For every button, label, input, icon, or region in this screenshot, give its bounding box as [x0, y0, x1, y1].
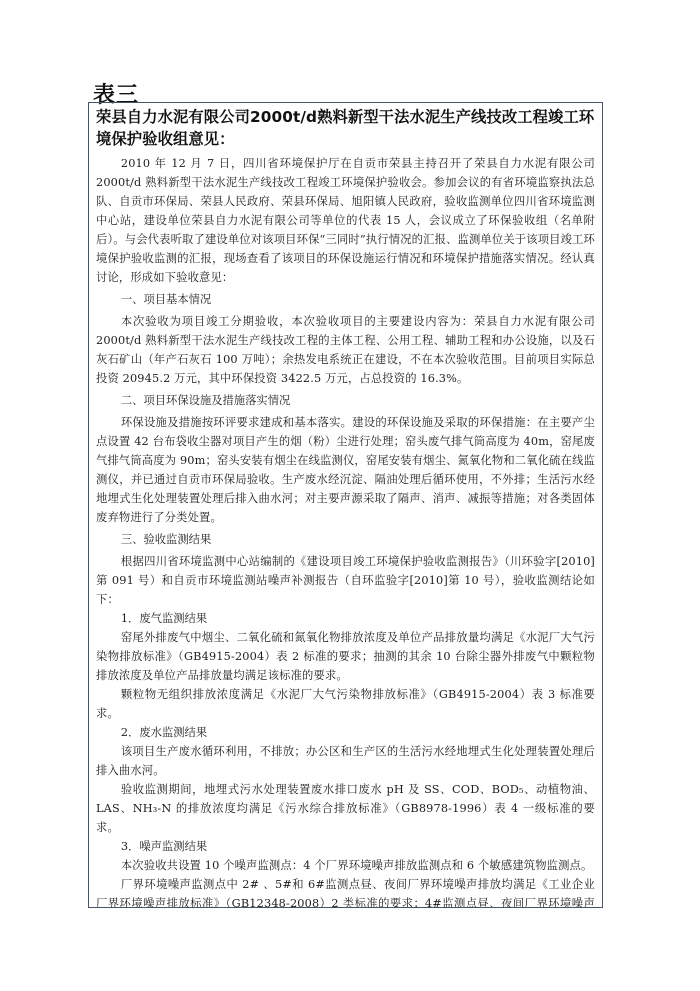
- document-title: 荣县自力水泥有限公司2000t/d熟料新型干法水泥生产线技改工程竣工环境保护验收…: [96, 106, 595, 150]
- exhaust-gas-paragraph-2: 颗粒物无组织排放浓度满足《水泥厂大气污染物排放标准》（GB4915-2004）表…: [96, 685, 595, 723]
- exhaust-gas-paragraph-1: 窑尾外排废气中烟尘、二氧化硫和氮氧化物排放浓度及单位产品排放量均满足《水泥厂大气…: [96, 628, 595, 685]
- subsection-heading-wastewater: 2．废水监测结果: [96, 723, 595, 742]
- section-heading-monitoring-results: 三、验收监测结果: [96, 530, 595, 549]
- subsection-heading-exhaust-gas: 1．废气监测结果: [96, 609, 595, 628]
- wastewater-paragraph-1: 该项目生产废水循环利用，不排放；办公区和生产区的生活污水经地埋式生化处理装置处理…: [96, 742, 595, 780]
- wastewater-paragraph-2: 验收监测期间，地埋式污水处理装置废水排口废水 pH 及 SS、COD、BOD₅、…: [96, 780, 595, 837]
- section-heading-env-facilities: 二、项目环保设施及措施落实情况: [96, 391, 595, 410]
- intro-paragraph: 2010 年 12 月 7 日，四川省环境保护厅在自贡市荣县主持召开了荣县自力水…: [96, 154, 595, 287]
- monitoring-results-paragraph: 根据四川省环境监测中心站编制的《建设项目竣工环境保护验收监测报告》（川环验字[2…: [96, 552, 595, 609]
- subsection-heading-noise: 3．噪声监测结果: [96, 837, 595, 856]
- document-frame: 荣县自力水泥有限公司2000t/d熟料新型干法水泥生产线技改工程竣工环境保护验收…: [88, 102, 603, 908]
- noise-paragraph-1: 本次验收共设置 10 个噪声监测点：4 个厂界环境噪声排放监测点和 6 个敏感建…: [96, 856, 595, 875]
- basic-info-paragraph: 本次验收为项目竣工分期验收，本次验收项目的主要建设内容为：荣县自力水泥有限公司2…: [96, 312, 595, 388]
- section-heading-basic-info: 一、项目基本情况: [96, 290, 595, 309]
- env-facilities-paragraph: 环保设施及措施按环评要求建成和基本落实。建设的环保设施及采取的环保措施：在主要产…: [96, 413, 595, 527]
- noise-paragraph-2: 厂界环境噪声监测点中 2# 、5#和 6#监测点昼、夜间厂界环境噪声排放均满足《…: [96, 875, 595, 908]
